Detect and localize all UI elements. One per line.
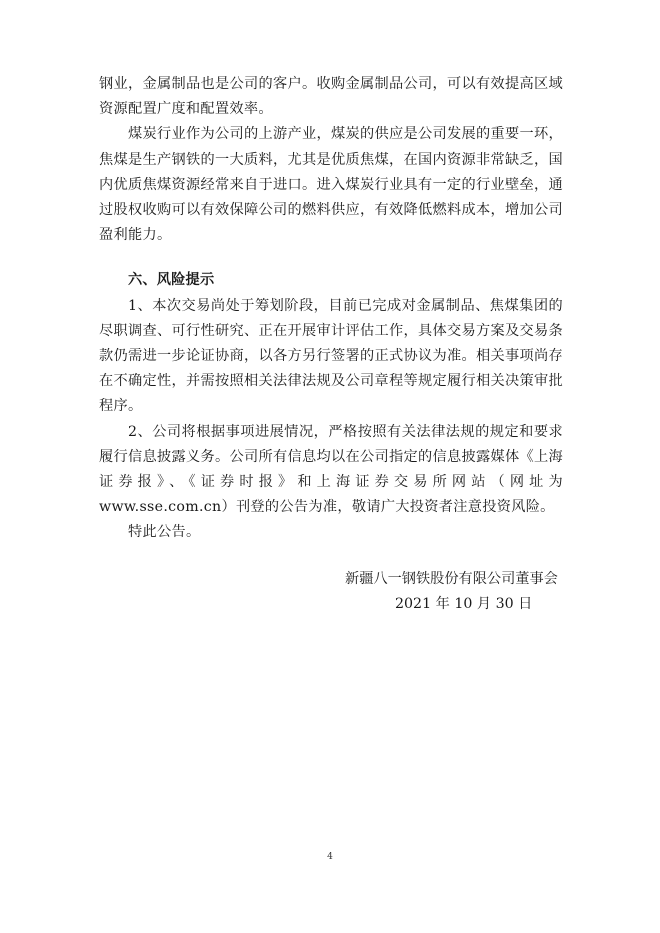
risk-item-1: 1、本次交易尚处于筹划阶段，目前已完成对金属制品、焦煤集团的尽职调查、可行性研究…	[99, 294, 563, 420]
document-page: 钢业，金属制品也是公司的客户。收购金属制品公司，可以有效提高区域资源配置广度和配…	[0, 0, 660, 933]
paragraph-coal-industry: 煤炭行业作为公司的上游产业，煤炭的供应是公司发展的重要一环，焦煤是生产钢铁的一大…	[99, 122, 563, 248]
document-body: 钢业，金属制品也是公司的客户。收购金属制品公司，可以有效提高区域资源配置广度和配…	[99, 72, 563, 546]
page-number: 4	[0, 852, 660, 862]
signature-date: 2021 年 10 月 30 日	[345, 592, 575, 617]
closing-statement: 特此公告。	[99, 520, 563, 545]
section-heading-risk: 六、风险提示	[99, 268, 563, 293]
signature-organization: 新疆八一钢铁股份有限公司董事会	[345, 567, 575, 592]
signature-block: 新疆八一钢铁股份有限公司董事会 2021 年 10 月 30 日	[345, 567, 575, 617]
risk-item-2: 2、公司将根据事项进展情况，严格按照有关法律法规的规定和要求履行信息披露义务。公…	[99, 420, 563, 521]
paragraph-continuation: 钢业，金属制品也是公司的客户。收购金属制品公司，可以有效提高区域资源配置广度和配…	[99, 72, 563, 122]
spacer	[99, 248, 563, 268]
